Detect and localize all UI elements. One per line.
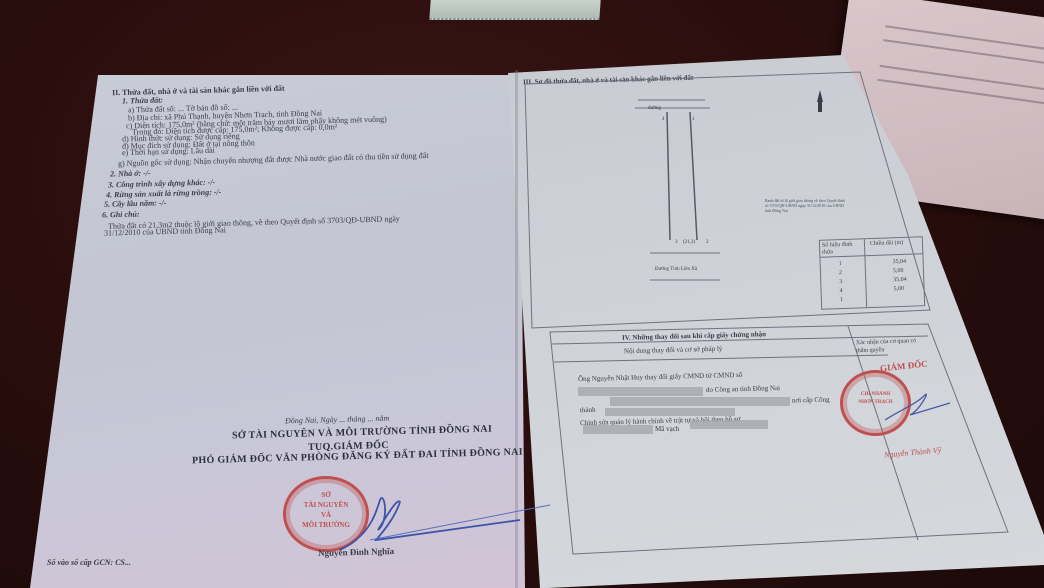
vertex-label: 4: [662, 115, 665, 124]
edge-point: 1: [840, 296, 843, 305]
redacted-field: [578, 387, 703, 396]
diagram-note: Ranh đất từ lộ giới giao thông về theo Q…: [765, 198, 845, 213]
edge-point: 2: [839, 269, 842, 278]
item-house: 2. Nhà ở: -/-: [110, 168, 151, 178]
redacted-field: [690, 420, 768, 429]
diagram-bottom-label: Đường Tỉnh Liên Xã: [655, 265, 697, 274]
item-note: 6. Ghi chú:: [102, 210, 140, 220]
edge-length: 5,00: [893, 267, 904, 276]
north-arrow-icon: [817, 90, 823, 112]
edge-point: 4: [839, 287, 842, 296]
table-header-point: Số hiệu đỉnh thửa: [822, 241, 862, 256]
diagram-inner-label: (21,3): [683, 238, 695, 247]
vertex-label: 2: [706, 238, 709, 247]
change-line-3: nơi cấp Công: [792, 396, 830, 406]
item-perennial-trees: 5. Cây lâu năm: -/-: [104, 198, 167, 209]
land-certificate: II. Thửa đất, nhà ở và tài sản khác gắn …: [0, 0, 1044, 588]
edge-length: 35,04: [892, 258, 906, 267]
change-line-4: thành: [580, 406, 596, 415]
redacted-field: [583, 425, 653, 434]
edge-length: 35,04: [893, 276, 907, 285]
edge-point: 3: [839, 278, 842, 287]
change-line-2: do Công an tỉnh Đồng Nai: [706, 384, 780, 395]
diagram-top-label: đường: [648, 104, 661, 113]
changes-table-frame: [548, 322, 1028, 562]
table-header-length: Chiều dài (m): [870, 239, 918, 248]
edge-length-table: Số hiệu đỉnh thửa Chiều dài (m) 135,0425…: [819, 236, 925, 310]
vertex-label: 3: [675, 238, 678, 247]
confirm-signature: [880, 385, 960, 425]
registry-number: Số vào sổ cấp GCN: CS...: [47, 558, 131, 567]
confirm-column-header: Xác nhận của cơ quan có thẩm quyền: [856, 337, 927, 355]
vertex-label: 1: [692, 115, 695, 124]
edge-length: 5,00: [893, 285, 904, 294]
edge-point: 1: [839, 260, 842, 269]
change-line-6: Mã vạch: [655, 425, 679, 434]
redacted-field: [610, 397, 790, 406]
